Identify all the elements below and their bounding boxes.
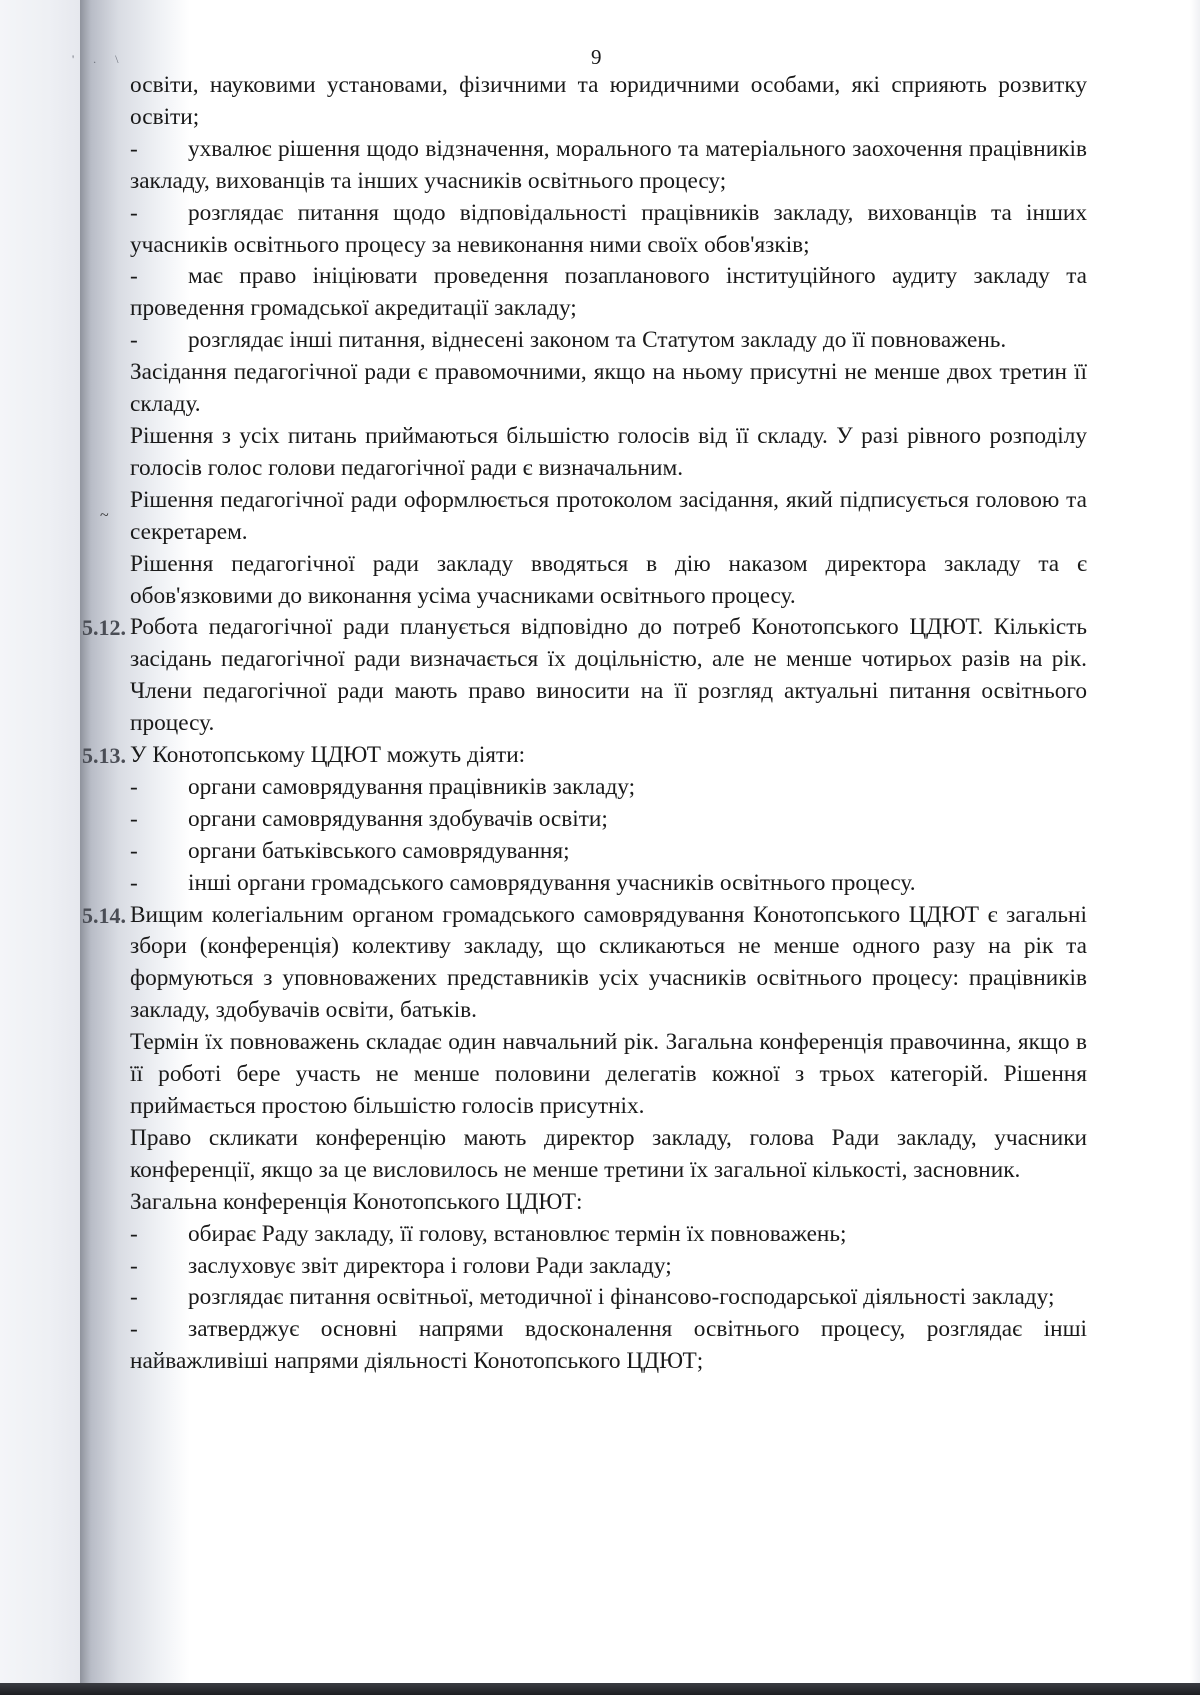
section-number: 5.12.: [82, 612, 126, 644]
page-number: 9: [591, 45, 602, 70]
scan-right-edge: [1190, 0, 1200, 1685]
bullet-dash: -: [130, 198, 188, 230]
bullet-dash: -: [130, 325, 188, 357]
bullet-item: -розглядає питання щодо відповідальності…: [130, 198, 1087, 262]
paragraph: освіти, науковими установами, фізичними …: [130, 70, 1087, 134]
bullet-dash: -: [130, 1251, 188, 1283]
bullet-dash: -: [130, 1282, 188, 1314]
paragraph: Рішення педагогічної ради закладу вводят…: [130, 549, 1087, 613]
bullet-item: -органи самоврядування здобувачів освіти…: [130, 804, 1087, 836]
paragraph: Засідання педагогічної ради є правомочни…: [130, 357, 1087, 421]
section-number: 5.13.: [82, 740, 126, 772]
section-5-12: 5.12. Робота педагогічної ради плануєтьс…: [130, 612, 1087, 740]
bullet-text: розглядає інші питання, віднесені законо…: [188, 327, 1006, 353]
bullet-text: заслуховує звіт директора і голови Ради …: [188, 1253, 672, 1279]
document-body: освіти, науковими установами, фізичними …: [130, 70, 1087, 1378]
scan-left-margin: [0, 0, 80, 1685]
bullet-text: органи самоврядування працівників заклад…: [188, 774, 635, 800]
bullet-dash: -: [130, 1314, 188, 1346]
bullet-dash: -: [130, 836, 188, 868]
bullet-text: інші органи громадського самоврядування …: [188, 870, 916, 896]
bullet-item: -інші органи громадського самоврядування…: [130, 868, 1087, 900]
paragraph: Вищим колегіальним органом громадського …: [130, 900, 1087, 1028]
paragraph: У Конотопському ЦДЮТ можуть діяти:: [130, 740, 1087, 772]
paragraph: Загальна конференція Конотопського ЦДЮТ:: [130, 1187, 1087, 1219]
bullet-dash: -: [130, 134, 188, 166]
scan-bottom-edge: [0, 1683, 1200, 1695]
bullet-item: -затверджує основні напрями вдосконаленн…: [130, 1314, 1087, 1378]
bullet-item: -органи батьківського самоврядування;: [130, 836, 1087, 868]
scan-corner-marks: ' . \: [72, 52, 127, 67]
bullet-text: органи батьківського самоврядування;: [188, 838, 570, 864]
section-number: 5.14.: [82, 900, 126, 932]
bullet-text: обирає Раду закладу, її голову, встановл…: [188, 1221, 846, 1247]
bullet-text: розглядає питання освітньої, методичної …: [188, 1284, 1054, 1310]
bullet-text: затверджує основні напрями вдосконалення…: [130, 1316, 1087, 1374]
bullet-text: ухвалює рішення щодо відзначення, мораль…: [130, 136, 1087, 194]
bullet-item: -заслуховує звіт директора і голови Ради…: [130, 1251, 1087, 1283]
bullet-text: органи самоврядування здобувачів освіти;: [188, 806, 608, 832]
paragraph: Робота педагогічної ради планується відп…: [130, 612, 1087, 740]
bullet-text: розглядає питання щодо відповідальності …: [130, 200, 1087, 258]
bullet-item: -обирає Раду закладу, її голову, встанов…: [130, 1219, 1087, 1251]
paragraph: Рішення педагогічної ради оформлюється п…: [130, 485, 1087, 549]
bullet-item: -органи самоврядування працівників закла…: [130, 772, 1087, 804]
bullet-dash: -: [130, 1219, 188, 1251]
section-5-14: 5.14. Вищим колегіальним органом громадс…: [130, 900, 1087, 1028]
paragraph: Право скликати конференцію мають директо…: [130, 1123, 1087, 1187]
bullet-dash: -: [130, 772, 188, 804]
paragraph: Термін їх повноважень складає один навча…: [130, 1027, 1087, 1123]
paragraph: Рішення з усіх питань приймаються більші…: [130, 421, 1087, 485]
margin-mark-icon: ~: [100, 507, 109, 525]
bullet-dash: -: [130, 804, 188, 836]
bullet-item: -розглядає питання освітньої, методичної…: [130, 1282, 1087, 1314]
bullet-text: має право ініціювати проведення позаплан…: [130, 263, 1087, 321]
bullet-dash: -: [130, 868, 188, 900]
bullet-item: -ухвалює рішення щодо відзначення, морал…: [130, 134, 1087, 198]
bullet-item: -має право ініціювати проведення позапла…: [130, 261, 1087, 325]
bullet-item: -розглядає інші питання, віднесені закон…: [130, 325, 1087, 357]
bullet-dash: -: [130, 261, 188, 293]
section-5-13: 5.13. У Конотопському ЦДЮТ можуть діяти:: [130, 740, 1087, 772]
